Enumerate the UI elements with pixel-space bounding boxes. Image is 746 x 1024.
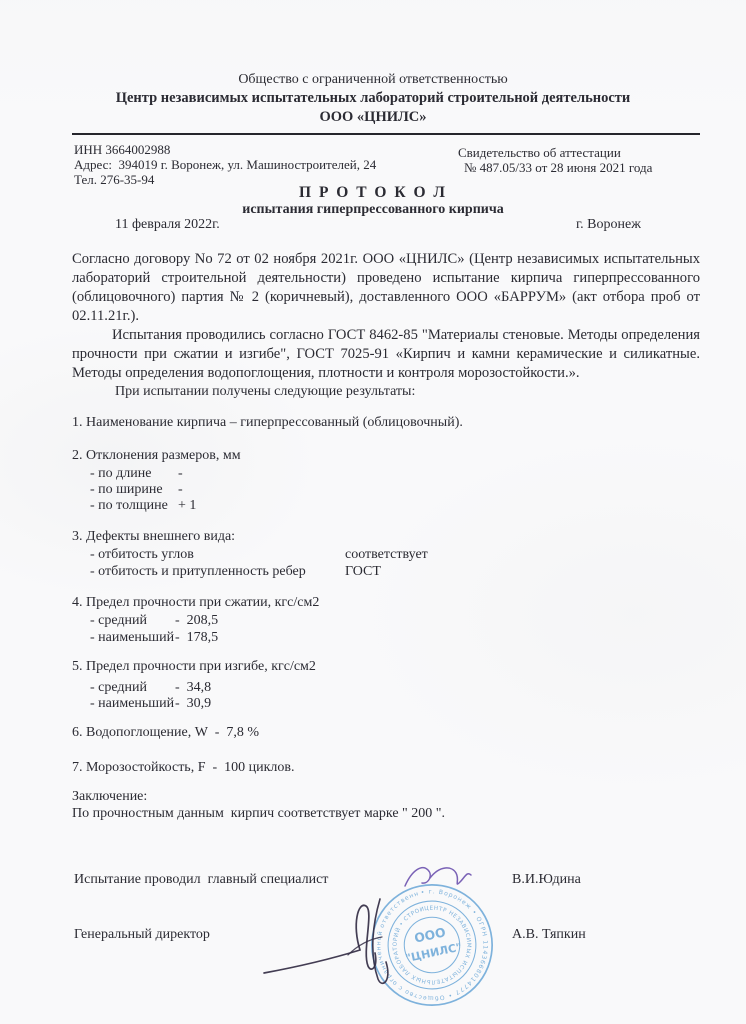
- specialist-role: Испытание проводил главный специалист: [74, 872, 328, 888]
- result-item-4-rows: - средний - 208,5 - наименьший - 178,5: [72, 612, 319, 646]
- table-row: - по ширине -: [90, 482, 241, 498]
- table-row: - наименьший - 30,9: [90, 696, 316, 712]
- row-value: соответствует: [345, 547, 428, 564]
- specialist-signature-ink: [402, 862, 474, 892]
- director-name: А.В. Тяпкин: [512, 927, 586, 943]
- body-paragraphs: Согласно договору No 72 от 02 ноября 202…: [72, 250, 700, 383]
- row-label: - по длине: [90, 466, 178, 482]
- result-item-3-title: 3. Дефекты внешнего вида:: [72, 528, 428, 546]
- protocol-date: 11 февраля 2022г.: [115, 216, 220, 234]
- result-item-5-rows: - средний - 34,8 - наименьший - 30,9: [72, 676, 316, 712]
- org-contacts-block: ИНН 3664002988 Адрес: 394019 г. Воронеж,…: [74, 143, 376, 187]
- protocol-title: П Р О Т О К О Л: [0, 184, 746, 202]
- row-label: - отбитость углов: [90, 547, 345, 564]
- result-item-3: 3. Дефекты внешнего вида: - отбитость уг…: [72, 528, 428, 580]
- row-label: - наименьший: [90, 630, 175, 647]
- result-item-4: 4. Предел прочности при сжатии, кгс/см2 …: [72, 594, 319, 646]
- conclusion-text: По прочностным данным кирпич соответству…: [72, 806, 445, 823]
- row-value: -: [178, 466, 183, 482]
- row-value: - 34,8: [175, 680, 211, 696]
- table-row: - отбитость углов соответствует: [90, 547, 428, 564]
- result-item-3-rows: - отбитость углов соответствует - отбито…: [72, 546, 428, 580]
- table-row: - средний - 208,5: [90, 613, 319, 630]
- row-value: - 30,9: [175, 696, 211, 712]
- conclusion-block: Заключение: По прочностным данным кирпич…: [72, 789, 445, 822]
- letterhead-divider: [72, 133, 700, 135]
- result-item-2: 2. Отклонения размеров, мм - по длине - …: [72, 447, 241, 514]
- row-label: - по ширине: [90, 482, 178, 498]
- result-item-6: 6. Водопоглощение, W - 7,8 %: [72, 724, 259, 742]
- row-value: + 1: [178, 498, 196, 514]
- attestation-line1: Свидетельство об аттестации: [458, 145, 652, 160]
- org-type-line: Общество с ограниченной ответственностью: [0, 71, 746, 90]
- specialist-name: В.И.Юдина: [512, 872, 581, 888]
- row-label: - наименьший: [90, 696, 175, 712]
- table-row: - отбитость и притупленность ребер ГОСТ: [90, 564, 428, 581]
- results-intro: При испытании получены следующие результ…: [115, 383, 415, 401]
- row-value: ГОСТ: [345, 564, 381, 581]
- org-short-name: ООО «ЦНИЛС»: [0, 108, 746, 127]
- row-value: -: [178, 482, 183, 498]
- org-address: Адрес: 394019 г. Воронеж, ул. Машиностро…: [74, 158, 376, 173]
- result-item-5: 5. Предел прочности при изгибе, кгс/см2 …: [72, 658, 316, 712]
- row-label: - средний: [90, 613, 175, 630]
- table-row: - по длине -: [90, 466, 241, 482]
- director-role: Генеральный директор: [74, 927, 210, 943]
- signature-section: Испытание проводил главный специалист В.…: [0, 860, 746, 1024]
- attestation-line2: № 487.05/33 от 28 июня 2021 года: [458, 160, 652, 175]
- row-label: - средний: [90, 680, 175, 696]
- org-name-line: Центр независимых испытательных лаборато…: [0, 89, 746, 108]
- org-inn: ИНН 3664002988: [74, 143, 376, 158]
- table-row: - средний - 34,8: [90, 680, 316, 696]
- paragraph-contract: Согласно договору No 72 от 02 ноября 202…: [72, 250, 700, 326]
- row-label: - по толщине: [90, 498, 178, 514]
- result-item-2-title: 2. Отклонения размеров, мм: [72, 447, 241, 465]
- result-item-4-title: 4. Предел прочности при сжатии, кгс/см2: [72, 594, 319, 612]
- director-signature-ink: [262, 893, 422, 993]
- result-item-2-rows: - по длине - - по ширине - - по толщине …: [72, 465, 241, 514]
- result-item-5-title: 5. Предел прочности при изгибе, кгс/см2: [72, 658, 316, 676]
- row-value: - 208,5: [175, 613, 218, 630]
- result-item-7: 7. Морозостойкость, F - 100 циклов.: [72, 759, 295, 777]
- row-label: - отбитость и притупленность ребер: [90, 564, 345, 581]
- row-value: - 178,5: [175, 630, 218, 647]
- scanned-protocol-page: Общество с ограниченной ответственностью…: [0, 0, 746, 1024]
- conclusion-label: Заключение:: [72, 789, 445, 806]
- paragraph-gost: Испытания проводились согласно ГОСТ 8462…: [72, 326, 700, 383]
- result-item-1: 1. Наименование кирпича – гиперпрессован…: [72, 414, 463, 432]
- table-row: - наименьший - 178,5: [90, 630, 319, 647]
- table-row: - по толщине + 1: [90, 498, 241, 514]
- attestation-block: Свидетельство об аттестации № 487.05/33 …: [458, 145, 652, 175]
- protocol-city: г. Воронеж: [576, 216, 641, 234]
